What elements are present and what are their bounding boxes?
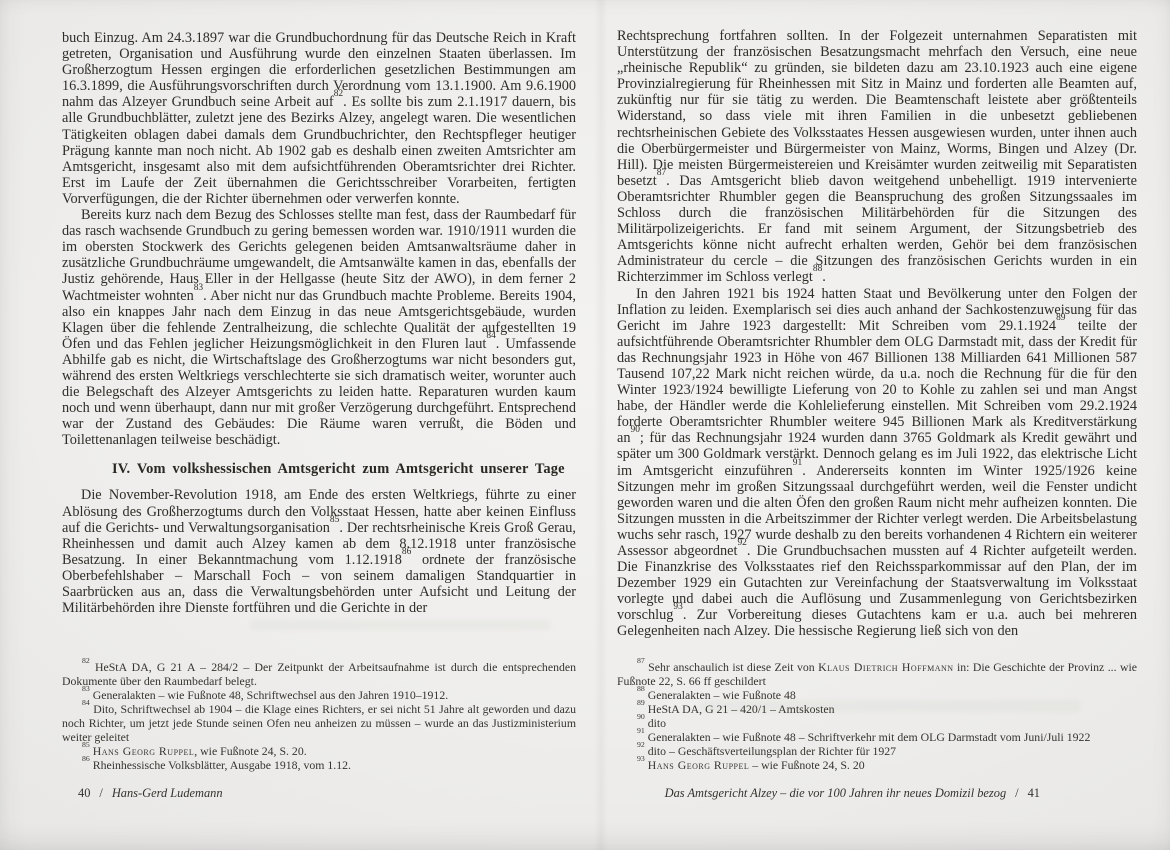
footnote: 90 dito (617, 716, 1137, 730)
left-page-footnotes: 82 HeStA DA, G 21 A – 284/2 – Der Zeitpu… (62, 660, 576, 772)
paragraph: Die November-Revolution 1918, am Ende de… (62, 487, 576, 616)
running-title: Das Amtsgericht Alzey – die vor 100 Jahr… (665, 786, 1007, 800)
paragraph: buch Einzug. Am 24.3.1897 war die Grundb… (62, 30, 576, 207)
author-name: Hans-Gerd Ludemann (112, 786, 223, 800)
footer-separator: / (1015, 786, 1018, 800)
left-page-body: buch Einzug. Am 24.3.1897 war die Grundb… (62, 30, 576, 616)
section-heading: IV. Vom volkshessischen Amtsgericht zum … (62, 461, 576, 478)
footnote: 91 Generalakten – wie Fußnote 48 – Schri… (617, 730, 1137, 744)
page-gutter-shadow (594, 0, 608, 850)
footnote: 93 Hans Georg Ruppel – wie Fußnote 24, S… (617, 758, 1137, 772)
left-page-footer: 40/Hans-Gerd Ludemann (78, 786, 223, 801)
right-page-footer: Das Amtsgericht Alzey – die vor 100 Jahr… (665, 786, 1040, 801)
footnote: 85 Hans Georg Ruppel, wie Fußnote 24, S.… (62, 744, 576, 758)
footnote: 89 HeStA DA, G 21 – 420/1 – Amtskosten (617, 702, 1137, 716)
right-page-footnotes: 87 Sehr anschaulich ist diese Zeit von K… (617, 660, 1137, 772)
footer-separator: / (99, 786, 102, 800)
footnote: 83 Generalakten – wie Fußnote 48, Schrif… (62, 688, 576, 702)
right-page-body: Rechtsprechung fortfahren sollten. In de… (617, 28, 1137, 640)
footnote: 87 Sehr anschaulich ist diese Zeit von K… (617, 660, 1137, 688)
footnote: 92 dito – Geschäftsverteilungsplan der R… (617, 744, 1137, 758)
footnote: 86 Rheinhessische Volksblätter, Ausgabe … (62, 758, 576, 772)
footnote: 82 HeStA DA, G 21 A – 284/2 – Der Zeitpu… (62, 660, 576, 688)
paragraph: Rechtsprechung fortfahren sollten. In de… (617, 28, 1137, 286)
page-number: 40 (78, 786, 90, 800)
paragraph: Bereits kurz nach dem Bezug des Schlosse… (62, 207, 576, 448)
paragraph: In den Jahren 1921 bis 1924 hatten Staat… (617, 286, 1137, 640)
book-spread: buch Einzug. Am 24.3.1897 war die Grundb… (0, 0, 1170, 850)
page-number: 41 (1028, 786, 1040, 800)
left-page: buch Einzug. Am 24.3.1897 war die Grundb… (62, 30, 576, 830)
right-page: Rechtsprechung fortfahren sollten. In de… (617, 28, 1137, 830)
footnote: 88 Generalakten – wie Fußnote 48 (617, 688, 1137, 702)
footnote: 84 Dito, Schriftwechsel ab 1904 – die Kl… (62, 702, 576, 744)
